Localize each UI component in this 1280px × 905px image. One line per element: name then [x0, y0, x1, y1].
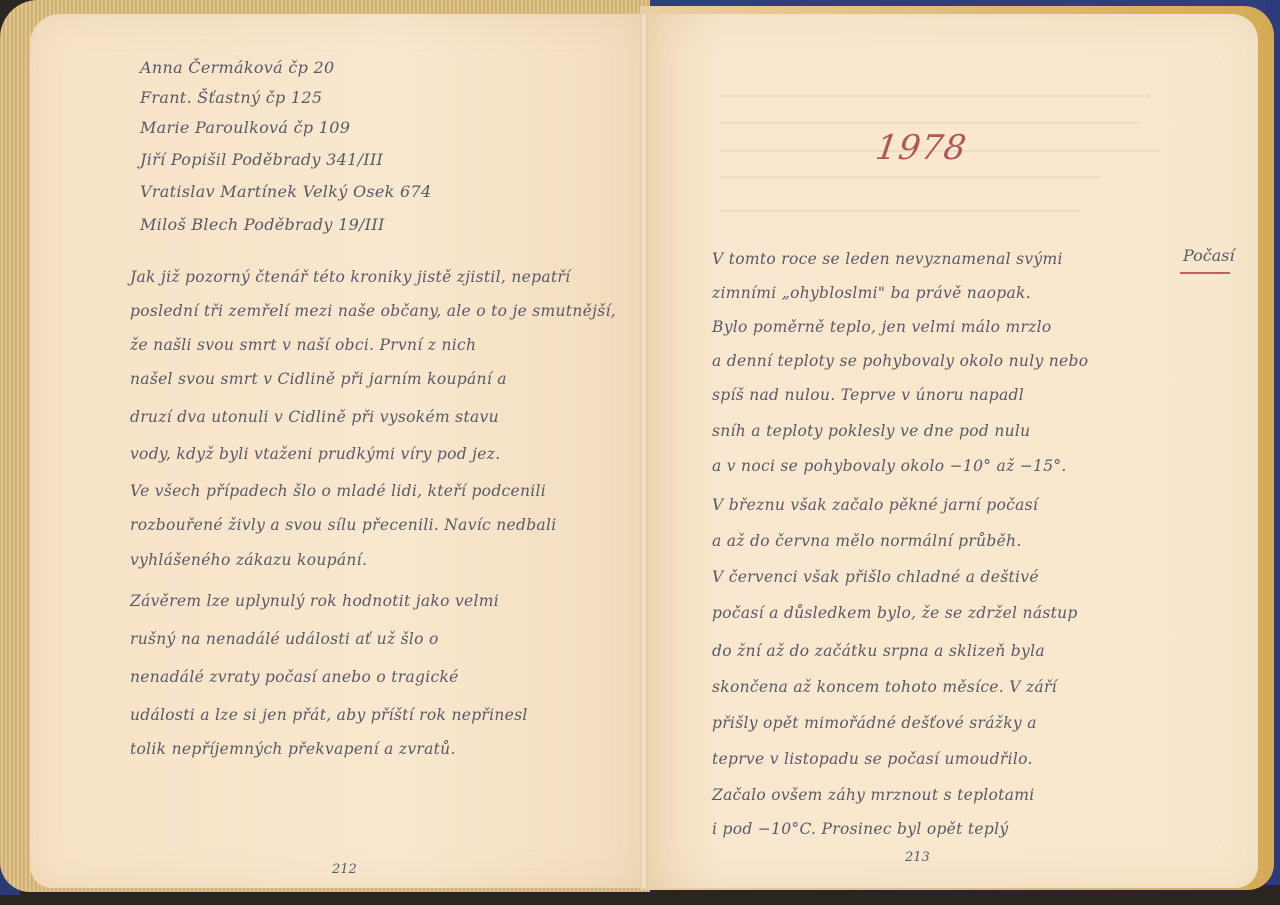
text-line: V červenci však přišlo chladné a deštivé: [712, 568, 1039, 586]
text-line: do žní až do začátku srpna a sklizeň byl…: [712, 642, 1045, 660]
text-line: přišly opět mimořádné dešťové srážky a: [712, 714, 1037, 732]
text-line: sníh a teploty poklesly ve dne pod nulu: [712, 422, 1030, 440]
text-line: tolik nepříjemných překvapení a zvratů.: [130, 740, 456, 758]
text-line: V tomto roce se leden nevyznamenal svými: [712, 250, 1063, 268]
name-entry: Vratislav Martínek Velký Osek 674: [140, 182, 431, 201]
name-entry: Jiří Popišil Poděbrady 341/III: [140, 150, 383, 169]
bleed-through-line: [720, 122, 1140, 124]
text-line: skončena až koncem tohoto měsíce. V září: [712, 678, 1057, 696]
year-heading: 1978: [873, 128, 969, 168]
text-line: Závěrem lze uplynulý rok hodnotit jako v…: [130, 592, 499, 610]
text-line: druzí dva utonuli v Cidlině při vysokém …: [130, 408, 499, 426]
text-line: rozbouřené živly a svou sílu přecenili. …: [130, 516, 556, 534]
text-line: Bylo poměrně teplo, jen velmi málo mrzlo: [712, 318, 1052, 336]
page-number-right: 213: [905, 850, 930, 865]
text-line: a denní teploty se pohybovaly okolo nuly…: [712, 352, 1088, 370]
name-entry: Anna Čermáková čp 20: [140, 58, 335, 77]
text-line: Jak již pozorný čtenář této kroniky jist…: [130, 268, 570, 286]
margin-note-weather: Počasí: [1183, 246, 1235, 265]
text-line: vody, když byli vtaženi prudkými víry po…: [130, 445, 500, 463]
bleed-through-line: [720, 210, 1080, 212]
text-line: a v noci se pohybovaly okolo −10° až −15…: [712, 457, 1067, 475]
text-line: Začalo ovšem záhy mrznout s teplotami: [712, 786, 1035, 804]
text-line: události a lze si jen přát, aby příští r…: [130, 706, 528, 724]
text-line: zimními „ohybloslmi" ba právě naopak.: [712, 284, 1031, 302]
text-line: našel svou smrt v Cidlině při jarním kou…: [130, 370, 507, 388]
name-entry: Marie Paroulková čp 109: [140, 118, 350, 137]
text-line: i pod −10°C. Prosinec byl opět teplý: [712, 820, 1008, 838]
text-line: rušný na nenadálé události ať už šlo o: [130, 630, 439, 648]
text-line: že našli svou smrt v naší obci. První z …: [130, 336, 476, 354]
text-line: teprve v listopadu se počasí umoudřilo.: [712, 750, 1033, 768]
text-line: počasí a důsledkem bylo, že se zdržel ná…: [712, 604, 1078, 622]
page-number-left: 212: [332, 862, 357, 877]
margin-note-underline: [1180, 272, 1230, 274]
text-line: V březnu však začalo pěkné jarní počasí: [712, 496, 1038, 514]
name-entry: Frant. Šťastný čp 125: [140, 88, 322, 107]
name-entry: Miloš Blech Poděbrady 19/III: [140, 215, 385, 234]
book-gutter: [640, 14, 648, 888]
text-line: nenadálé zvraty počasí anebo o tragické: [130, 668, 459, 686]
text-line: poslední tři zemřelí mezi naše občany, a…: [130, 302, 616, 320]
text-line: a až do června mělo normální průběh.: [712, 532, 1022, 550]
text-line: Ve všech případech šlo o mladé lidi, kte…: [130, 482, 546, 500]
text-line: vyhlášeného zákazu koupání.: [130, 551, 367, 569]
bleed-through-line: [720, 176, 1100, 178]
bleed-through-line: [720, 95, 1150, 97]
text-line: spíš nad nulou. Teprve v únoru napadl: [712, 386, 1024, 404]
